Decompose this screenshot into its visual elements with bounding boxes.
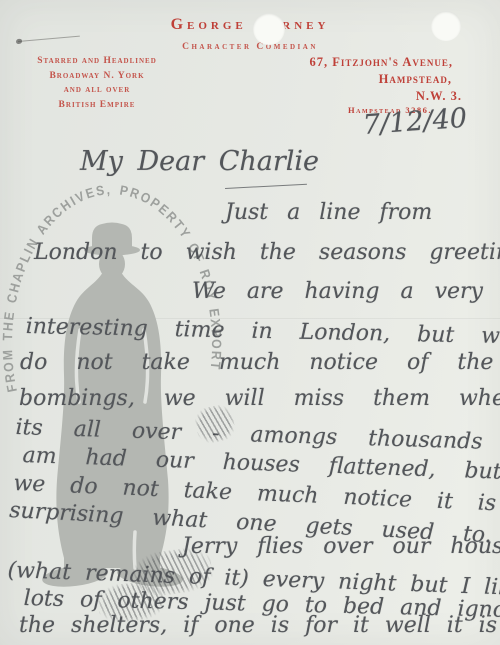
letterhead-credits: Starred and Headlined Broadway N. York a… <box>26 54 168 112</box>
letterhead-role: Character Comedian <box>0 42 500 52</box>
pencil-scribble <box>96 580 166 625</box>
scanned-letter-page: FROM THE CHAPLIN ARCHIVES, PROPERTY OF R… <box>0 0 500 645</box>
letterhead-name: George Carney <box>0 16 500 34</box>
address-line: N.W. 3. <box>242 88 462 105</box>
credit-line: and all over <box>26 83 168 98</box>
body-line: We are having a very <box>192 279 483 304</box>
letter-date: 7/12/40 <box>362 103 468 141</box>
salutation: My Dear Charlie <box>80 146 319 177</box>
body-line: London to wish the seasons greetings <box>34 240 500 265</box>
address-line: 67, Fitzjohn's Avenue, <box>242 54 462 71</box>
address-line: Hampstead, <box>242 71 462 88</box>
credit-line: Starred and Headlined <box>26 54 168 69</box>
body-line: Jerry flies over our house <box>182 534 500 559</box>
body-line: Just a line from <box>225 200 432 225</box>
punch-hole <box>253 13 285 45</box>
body-line: do not take much notice of the <box>20 350 493 375</box>
credit-line: Broadway N. York <box>26 69 168 84</box>
pencil-scribble <box>193 402 238 445</box>
letterhead-address: 67, Fitzjohn's Avenue, Hampstead, N.W. 3… <box>242 54 462 105</box>
body-line: bombings, we will miss them when <box>19 386 500 411</box>
body-line: the shelters, if one is for it well it i… <box>19 613 497 638</box>
credit-line: British Empire <box>26 98 168 113</box>
punch-hole <box>431 11 461 41</box>
